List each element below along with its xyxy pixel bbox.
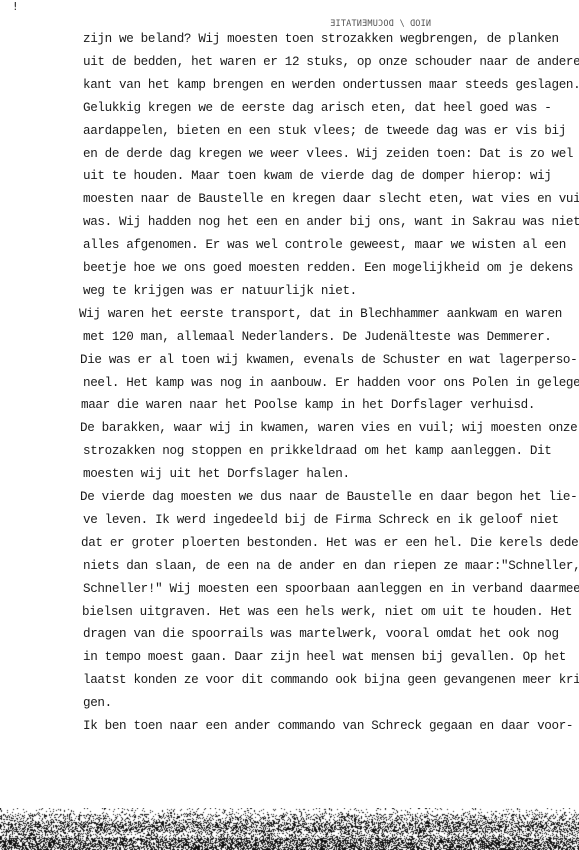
text-line: Ik ben toen naar een ander commando van … xyxy=(83,719,573,733)
text-line: weg te krijgen was er natuurlijk niet. xyxy=(83,284,357,298)
scanned-page: ! NIOD / DOCUMENTATIE zijn we beland? Wi… xyxy=(0,0,579,850)
text-line: Gelukkig kregen we de eerste dag arisch … xyxy=(83,101,552,115)
text-line: was. Wij hadden nog het een en ander bij… xyxy=(83,215,579,229)
text-line: uit de bedden, het waren er 12 stuks, op… xyxy=(83,55,579,69)
text-line: dragen van die spoorrails was martelwerk… xyxy=(83,627,559,641)
text-line: Die was er al toen wij kwamen, evenals d… xyxy=(80,353,577,367)
text-line: neel. Het kamp was nog in aanbouw. Er ha… xyxy=(83,376,579,390)
text-line: De vierde dag moesten we dus naar de Bau… xyxy=(80,490,577,504)
text-line: zijn we beland? Wij moesten toen strozak… xyxy=(83,32,559,46)
text-line: De barakken, waar wij in kwamen, waren v… xyxy=(80,421,577,435)
text-line: moesten naar de Baustelle en kregen daar… xyxy=(83,192,579,206)
text-line: ve leven. Ik werd ingedeeld bij de Firma… xyxy=(83,513,559,527)
text-line: gen. xyxy=(83,696,112,710)
text-line: beetje hoe we ons goed moesten redden. E… xyxy=(83,261,573,275)
scan-noise-band xyxy=(0,808,579,850)
text-line: maar die waren naar het Poolse kamp in h… xyxy=(81,398,535,412)
mirrored-stamp: NIOD / DOCUMENTATIE xyxy=(330,19,431,29)
text-line: kant van het kamp brengen en werden onde… xyxy=(83,78,579,92)
text-line: Schneller!" Wij moesten een spoorbaan aa… xyxy=(83,582,579,596)
margin-mark: ! xyxy=(12,0,19,13)
text-line: dat er groter ploerten bestonden. Het wa… xyxy=(81,536,579,550)
text-line: in tempo moest gaan. Daar zijn heel wat … xyxy=(83,650,566,664)
text-line: moesten wij uit het Dorfslager halen. xyxy=(83,467,350,481)
text-line: strozakken nog stoppen en prikkeldraad o… xyxy=(83,444,552,458)
text-line: en de derde dag kregen we weer vlees. Wi… xyxy=(83,147,573,161)
text-line: bielsen uitgraven. Het was een hels werk… xyxy=(82,605,572,619)
text-line: niets dan slaan, de een na de ander en d… xyxy=(83,559,579,573)
text-line: uit te houden. Maar toen kwam de vierde … xyxy=(83,169,552,183)
text-line: aardappelen, bieten en een stuk vlees; d… xyxy=(83,124,566,138)
text-line: met 120 man, allemaal Nederlanders. De J… xyxy=(83,330,552,344)
text-line: laatst konden ze voor dit commando ook b… xyxy=(83,673,579,687)
text-line: alles afgenomen. Er was wel controle gew… xyxy=(83,238,566,252)
text-line: Wij waren het eerste transport, dat in B… xyxy=(79,307,562,321)
